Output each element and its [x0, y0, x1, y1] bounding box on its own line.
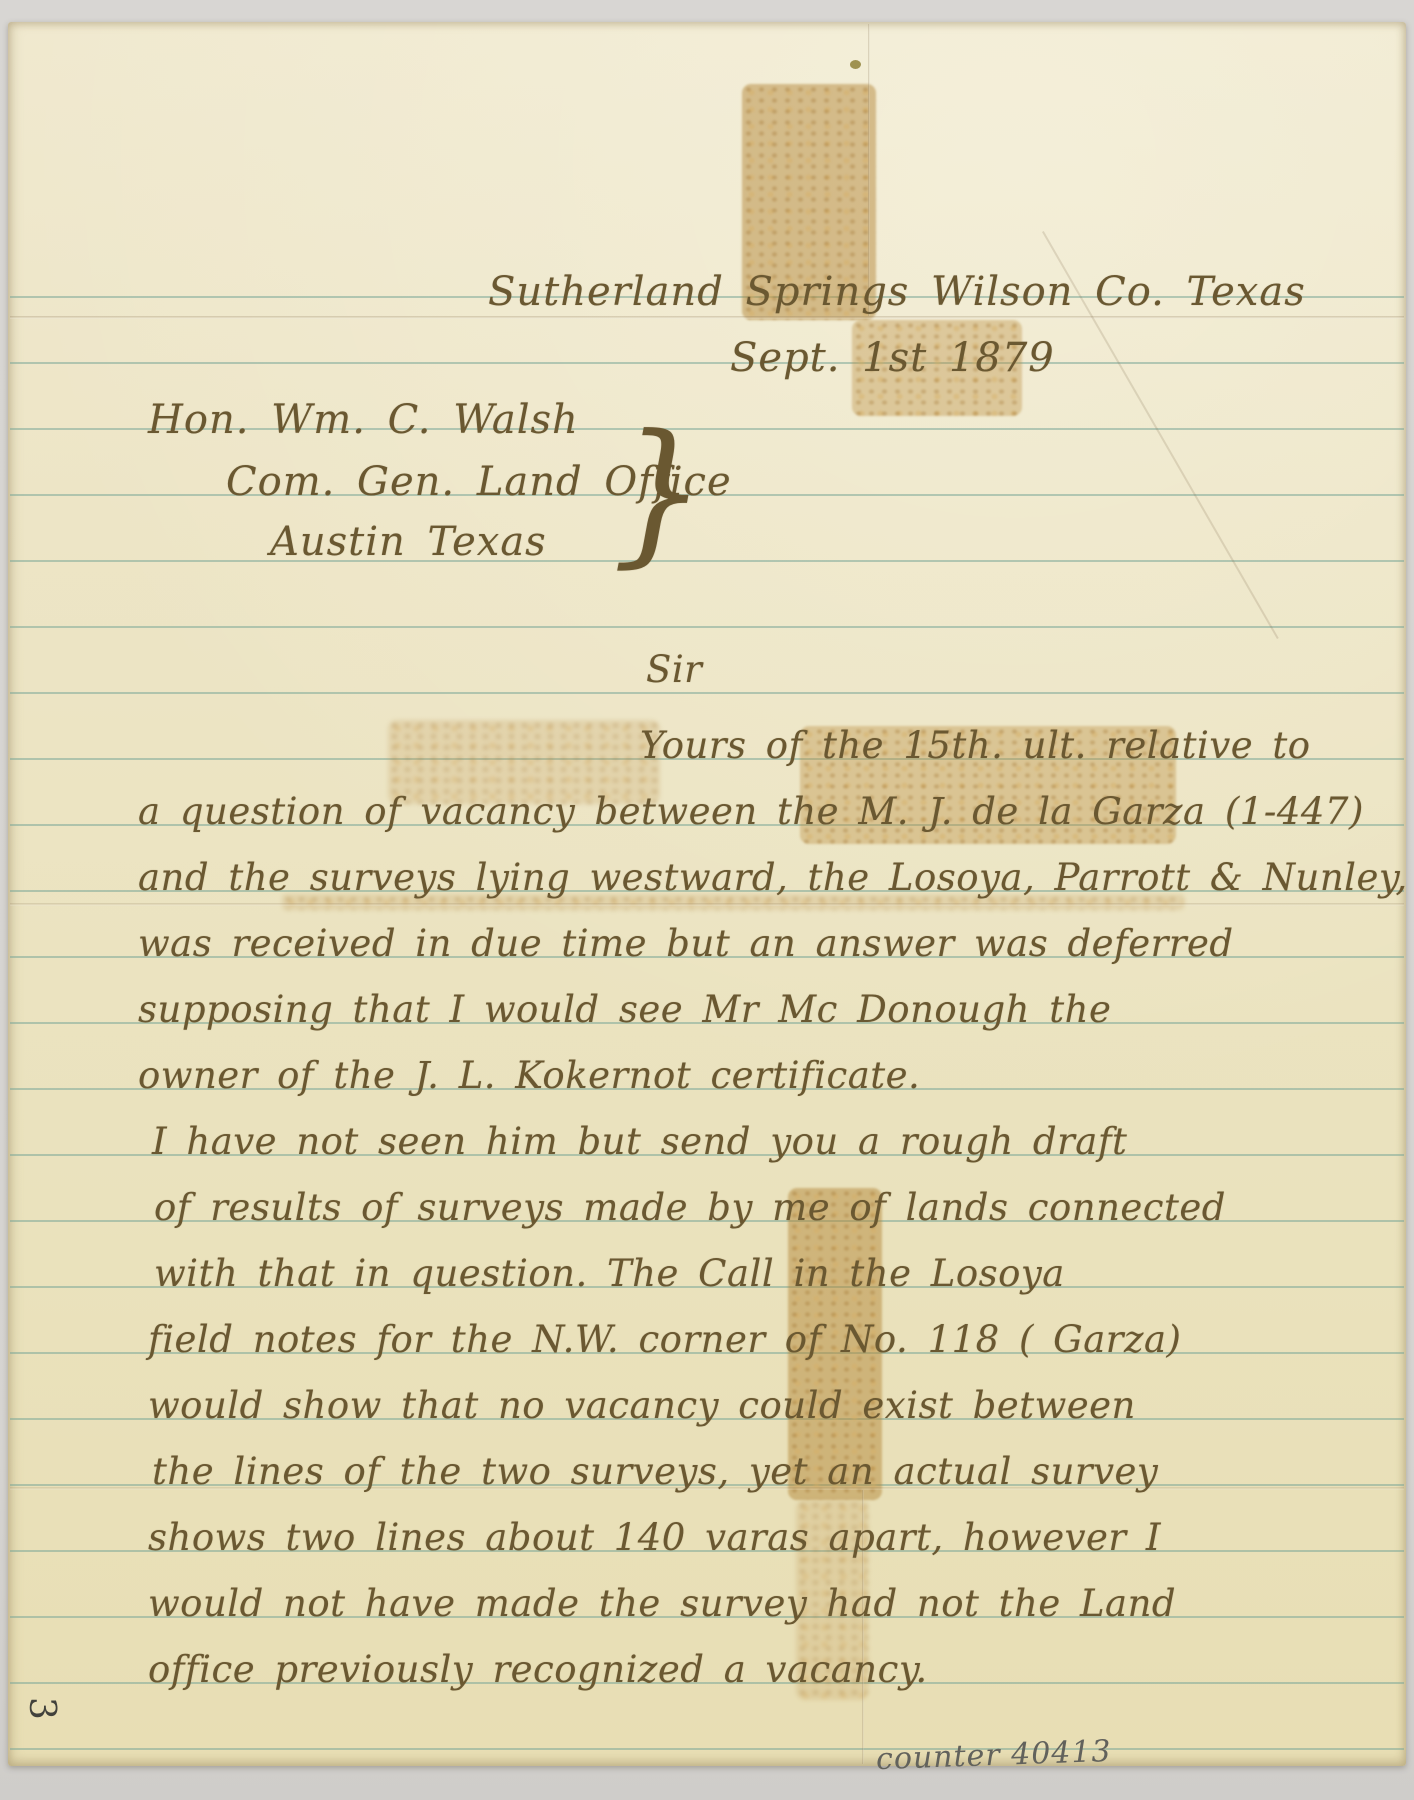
- letter-body-line-14: would not have made the survey had not t…: [148, 1584, 1176, 1625]
- recipient-line-3: Austin Texas: [270, 520, 547, 564]
- letter-body-line-1: Yours of the 15th. ult. relative to: [640, 726, 1311, 767]
- letter-body-line-11: would show that no vacancy could exist b…: [148, 1386, 1136, 1427]
- scanned-letter-page: Sutherland Springs Wilson Co. Texas Sept…: [0, 0, 1414, 1800]
- letter-body-line-4: was received in due time but an answer w…: [138, 924, 1234, 965]
- ink-spot: [850, 60, 861, 69]
- letter-body-line-2: a question of vacancy between the M. J. …: [138, 792, 1364, 833]
- letter-body-line-3: and the surveys lying westward, the Loso…: [138, 858, 1408, 899]
- recipient-brace: }: [612, 414, 706, 569]
- place-line: Sutherland Springs Wilson Co. Texas: [488, 270, 1306, 314]
- letter-body-line-9: with that in question. The Call in the L…: [154, 1254, 1065, 1295]
- letter-body-line-15: office previously recognized a vacancy.: [148, 1650, 928, 1691]
- date-line: Sept. 1st 1879: [730, 336, 1055, 380]
- fold-crease-top: [10, 316, 1404, 319]
- fold-crease-middle: [10, 903, 1404, 906]
- letter-body-line-5: supposing that I would see Mr Mc Donough…: [138, 990, 1111, 1031]
- letter-body-line-13: shows two lines about 140 varas apart, h…: [148, 1518, 1161, 1559]
- page-number-mark: 3: [21, 1697, 62, 1720]
- letter-body-line-10: field notes for the N.W. corner of No. 1…: [148, 1320, 1181, 1361]
- letter-body-line-7: I have not seen him but send you a rough…: [152, 1122, 1127, 1163]
- letter-body-line-6: owner of the J. L. Kokernot certificate.: [138, 1056, 920, 1097]
- letter-body-line-8: of results of surveys made by me of land…: [154, 1188, 1226, 1229]
- letter-body-line-12: the lines of the two surveys, yet an act…: [152, 1452, 1158, 1493]
- salutation: Sir: [646, 650, 702, 691]
- counter-number-mark: counter 40413: [875, 1734, 1112, 1777]
- recipient-line-1: Hon. Wm. C. Walsh: [148, 398, 579, 442]
